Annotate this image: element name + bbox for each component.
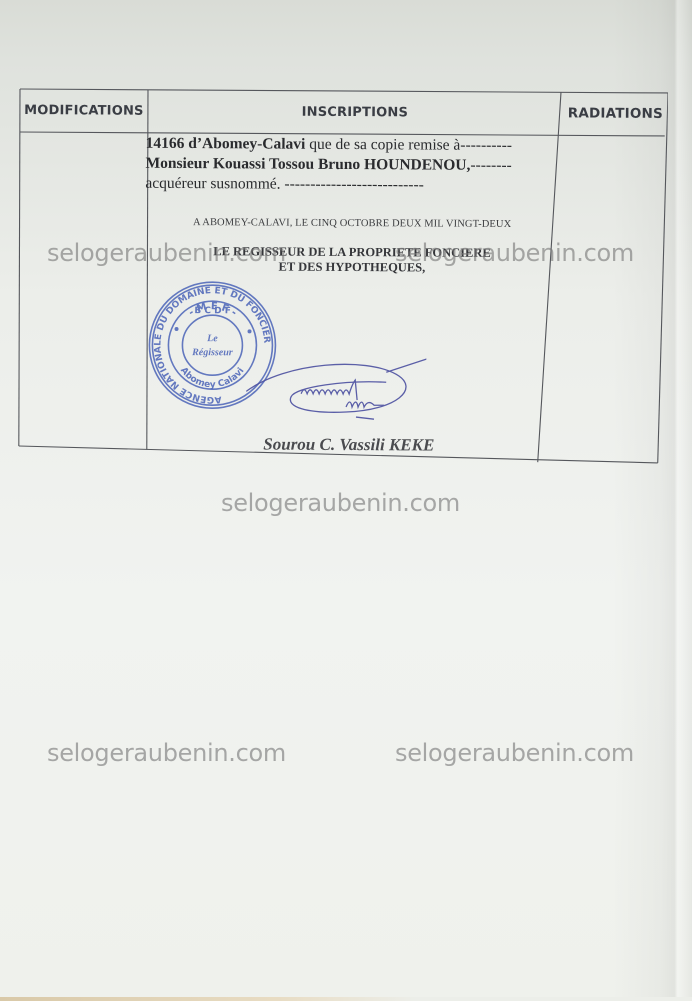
inscription-line-2: Monsieur Kouassi Tossou Bruno HOUNDENOU,… xyxy=(145,154,555,177)
acquirer-name: Monsieur Kouassi Tossou Bruno HOUNDENOU, xyxy=(145,155,470,174)
inscription-line-1: 14166 d’Abomey-Calavi que de sa copie re… xyxy=(146,134,556,157)
watermark: selogeraubenin.com xyxy=(395,739,634,767)
inscription-text: 14166 d’Abomey-Calavi que de sa copie re… xyxy=(145,134,555,197)
column-header-modifications: MODIFICATIONS xyxy=(20,88,148,133)
inscription-line-3: acquéreur susnommé. --------------------… xyxy=(145,174,555,197)
register-table: MODIFICATIONS INSCRIPTIONS RADIATIONS 14… xyxy=(16,88,668,464)
parcel-reference: 14166 d’Abomey-Calavi xyxy=(146,135,306,153)
handwritten-signature-icon xyxy=(246,351,426,432)
column-header-radiations: RADIATIONS xyxy=(563,91,668,136)
watermark: selogeraubenin.com xyxy=(395,239,634,267)
inscription-line-2-rest: -------- xyxy=(470,157,511,174)
svg-text:B C D F: B C D F xyxy=(194,306,231,316)
svg-text:Le: Le xyxy=(206,333,218,344)
column-header-inscriptions: INSCRIPTIONS xyxy=(150,89,560,136)
inscription-line-1-rest: que de sa copie remise à---------- xyxy=(305,136,512,154)
watermark: selogeraubenin.com xyxy=(47,739,286,767)
svg-text:Abomey Calavi: Abomey Calavi xyxy=(178,366,247,391)
svg-text:Régisseur: Régisseur xyxy=(191,347,233,358)
signatory-name: Sourou C. Vassili KEKE xyxy=(144,434,554,457)
watermark: selogeraubenin.com xyxy=(221,489,460,517)
page-bottom-edge xyxy=(0,997,692,1001)
watermark: selogeraubenin.com xyxy=(47,239,286,267)
